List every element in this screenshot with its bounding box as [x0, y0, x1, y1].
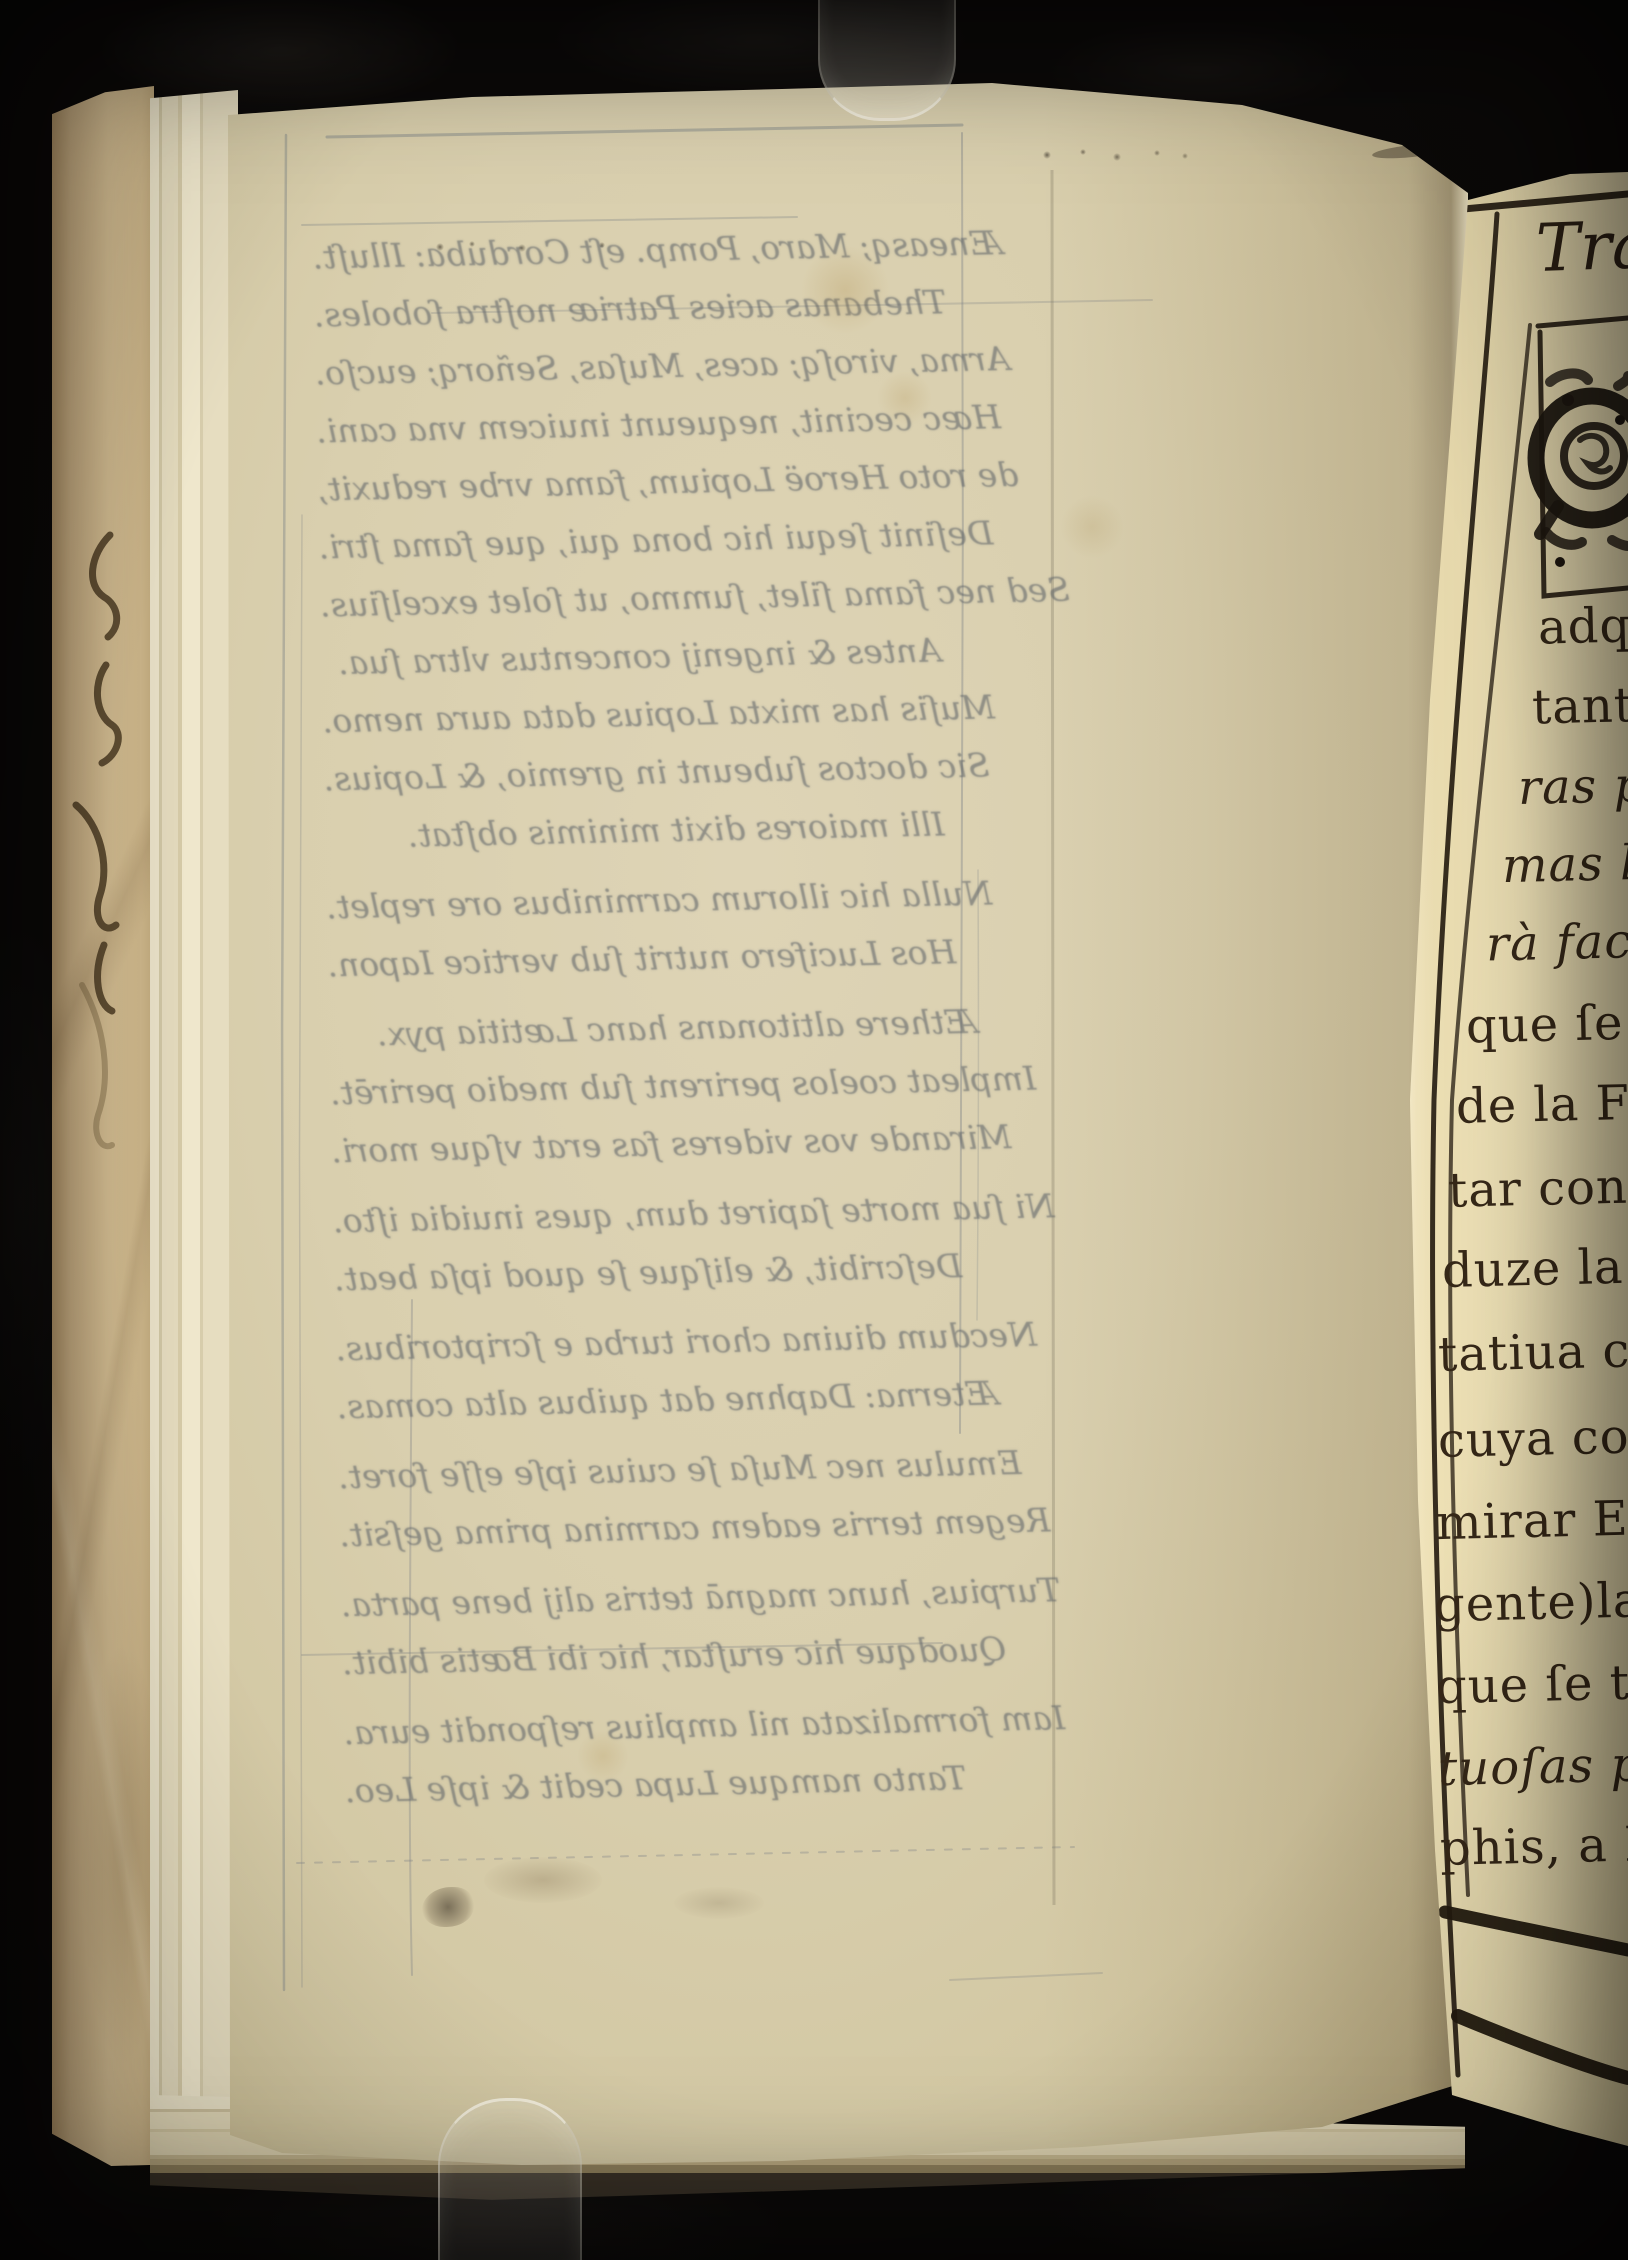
- page-text-line: tanto: [1531, 677, 1628, 736]
- page-fore-edges: [150, 90, 238, 2158]
- showthrough-line: Quodque hic eruſtar, hic ibi Bætis bibit…: [342, 1621, 991, 1693]
- showthrough-line: Hos Lucifero nutrit ſub vertice Iapon.: [327, 923, 976, 995]
- gutter-shadow: [1042, 75, 1468, 2167]
- showthrough-line: Deſcribit, & eliſque ſe quod ipſa beat.: [334, 1237, 983, 1309]
- page-text-line: que ſe pl: [1465, 993, 1628, 1054]
- showthrough-line: Regem terris eadem carmina prima geſsit.: [339, 1493, 988, 1565]
- page-text-line: mas lin: [1501, 834, 1628, 894]
- page-text-line: de la Fè C: [1455, 1073, 1628, 1135]
- page-text-line: tatiua con: [1437, 1321, 1628, 1383]
- page-text-line: tar con ſa: [1447, 1157, 1628, 1219]
- running-header: Tra: [1535, 206, 1628, 287]
- page-text-line: que ſe tern: [1435, 1653, 1628, 1715]
- page-text-line: adqui: [1537, 596, 1628, 655]
- showthrough-line: Æterna: Daphne dat quibus alta comas.: [336, 1365, 985, 1437]
- left-page: Æneasq; Maro, Pomp. eſt Corduba: Illuſt.…: [222, 75, 1468, 2167]
- page-text-line: tuoſas pira: [1437, 1735, 1628, 1797]
- page-text-line: ras pie: [1517, 756, 1628, 816]
- vellum-binding-edge: [52, 85, 154, 2167]
- page-text-line: phis, a Iuſ: [1439, 1815, 1628, 1877]
- page-text-line: duze la na: [1441, 1237, 1628, 1299]
- page-text-line: mirar Eſpa: [1435, 1489, 1628, 1551]
- page-text-line: rà facilm: [1485, 911, 1628, 972]
- handwritten-inscription: [52, 285, 154, 1185]
- showthrough-text-block: Æneasq; Maro, Pomp. eſt Corduba: Illuſt.…: [312, 215, 993, 1820]
- page-text-line: gente)la co: [1433, 1571, 1628, 1633]
- book-scan-photograph: { "scan": { "description": "Photograph o…: [0, 0, 1628, 2260]
- showthrough-line: Illi maiores dixit minimis obſtat.: [324, 795, 973, 867]
- woodcut-initial-Q: [1536, 373, 1628, 567]
- page-text-line: cuya conſi: [1437, 1407, 1628, 1469]
- showthrough-line: Mirande vos videres fas erat vſque mori.: [331, 1109, 980, 1181]
